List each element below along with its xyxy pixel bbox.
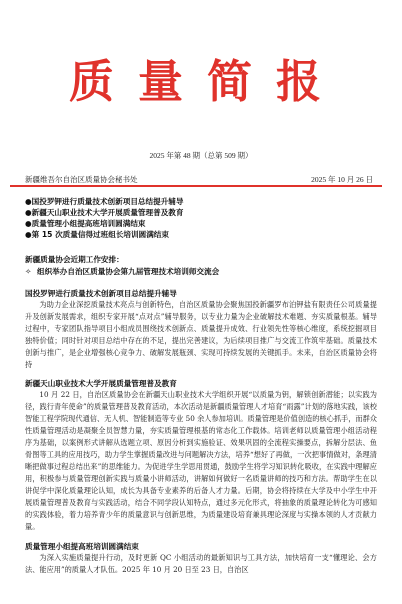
- newsletter-page: 质量简报 2025 年第 48 期（总第 509 期） 新疆维吾尔自治区质量协会…: [0, 0, 402, 604]
- article-title: 国投罗钾进行质量技术创新项目总结提升辅导: [25, 288, 377, 299]
- article-body: 10 月 22 日，自治区质量协会在新疆天山职业技术大学组织开展“以质量为钥，解…: [25, 389, 377, 533]
- highlight-item: ●质量管理小组提高班培训圆满结束: [25, 218, 385, 229]
- publish-date: 2025 年 10 月 26 日: [311, 174, 373, 185]
- diamond-bullet-icon: ✧: [25, 267, 37, 276]
- organization-name: 新疆维吾尔自治区质量协会秘书处: [25, 174, 138, 185]
- red-divider: [10, 185, 382, 187]
- highlight-item: ●新疆天山职业技术大学开展质量管理普及教育: [25, 207, 385, 218]
- highlight-item: ●国投罗钾进行质量技术创新项目总结提升辅导: [25, 196, 385, 207]
- masthead-title: 质量简报: [0, 52, 402, 112]
- article-body: 为助力企业深挖质量技术亮点与创新特色，自治区质量协会聚焦国投新疆罗布泊钾盐有限责…: [25, 299, 377, 371]
- article-body: 为深入实施质量提升行动，及时更新 QC 小组活动的最新知识与工具方法，加快培育一…: [25, 552, 377, 576]
- schedule-title: 新疆质量协会近期工作安排：: [25, 254, 124, 265]
- header-row: 新疆维吾尔自治区质量协会秘书处 2025 年 10 月 26 日: [25, 172, 381, 184]
- article: 国投罗钾进行质量技术创新项目总结提升辅导 为助力企业深挖质量技术亮点与创新特色，…: [25, 288, 377, 371]
- highlight-item: ●第 15 次质量信得过班组长培训圆满结束: [25, 229, 385, 240]
- article-title: 质量管理小组提高班培训圆满结束: [25, 541, 377, 552]
- article-title: 新疆天山职业技术大学开展质量管理普及教育: [25, 378, 377, 389]
- schedule-item: ✧组织举办自治区质量协会第九届管理技术培训师交流会: [25, 266, 219, 277]
- issue-number: 2025 年第 48 期（总第 509 期）: [0, 150, 402, 161]
- article: 质量管理小组提高班培训圆满结束 为深入实施质量提升行动，及时更新 QC 小组活动…: [25, 541, 377, 576]
- highlights-list: ●国投罗钾进行质量技术创新项目总结提升辅导 ●新疆天山职业技术大学开展质量管理普…: [25, 196, 385, 240]
- article: 新疆天山职业技术大学开展质量管理普及教育 10 月 22 日，自治区质量协会在新…: [25, 378, 377, 533]
- schedule-item-text: 组织举办自治区质量协会第九届管理技术培训师交流会: [37, 267, 219, 276]
